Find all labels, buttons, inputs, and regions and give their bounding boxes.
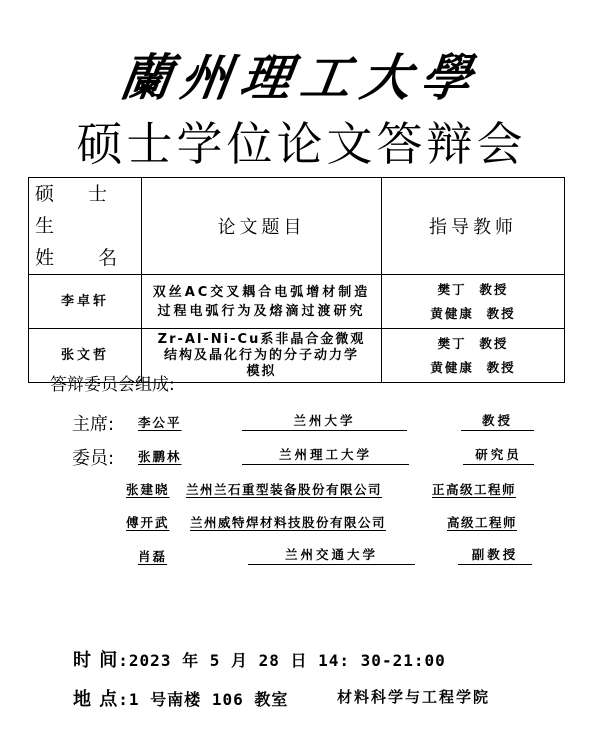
chair-title: 教授 — [461, 412, 534, 431]
place-label: 地 点 — [73, 689, 118, 710]
thesis-title: 双丝AC交叉耦合电弧增材制造 过程电弧行为及熔滴过渡研究 — [142, 275, 382, 329]
chair-label: 主席: — [72, 410, 114, 436]
header-supervisor: 指导教师 — [382, 178, 565, 275]
member-name: 傅开武 — [126, 513, 170, 531]
member-org: 兰州威特焊材料技股份有限公司 — [190, 513, 386, 531]
members-label: 委员: — [72, 444, 114, 470]
member-title: 高级工程师 — [447, 513, 517, 531]
university-logo: 蘭州理工大學 — [0, 38, 603, 110]
member-org: 兰州理工大学 — [242, 446, 409, 465]
place-value: :1 号南楼 106 教室 — [118, 690, 288, 709]
member-name: 张建晓 — [126, 480, 170, 498]
member-org: 兰州交通大学 — [248, 546, 415, 565]
student-name: 李卓轩 — [29, 275, 142, 329]
chair-org: 兰州大学 — [242, 412, 407, 431]
member-title: 副教授 — [458, 546, 532, 565]
supervisors: 樊丁 教授 黄健康 教授 — [382, 275, 565, 329]
member-name: 肖磊 — [138, 547, 167, 565]
time-label: 时 间 — [73, 650, 118, 671]
committee-heading: 答辩委员会组成: — [50, 370, 175, 395]
school-name: 材料科学与工程学院 — [337, 686, 490, 707]
member-title: 正高级工程师 — [432, 480, 516, 498]
page-title: 硕士学位论文答辩会 — [0, 108, 603, 174]
header-student: 硕 士 生 姓 名 — [29, 178, 142, 275]
thesis-title: Zr-Al-Ni-Cu系非晶合金微观 结构及晶化行为的分子动力学 模拟 — [142, 329, 382, 383]
header-thesis: 论文题目 — [142, 178, 382, 275]
supervisors: 樊丁 教授 黄健康 教授 — [382, 329, 565, 383]
member-title: 研究员 — [463, 446, 534, 465]
time-row: 时 间:2023 年 5 月 28 日 14: 30-21:00 — [73, 646, 446, 672]
time-value: :2023 年 5 月 28 日 14: 30-21:00 — [118, 651, 445, 670]
member-name: 张鹏林 — [138, 447, 182, 465]
member-org: 兰州兰石重型装备股份有限公司 — [186, 480, 382, 498]
defense-table: 硕 士 生 姓 名 论文题目 指导教师 李卓轩 双丝AC交叉耦合电弧增材制造 过… — [28, 177, 565, 383]
chair-name: 李公平 — [138, 413, 182, 431]
place-row: 地 点:1 号南楼 106 教室 — [73, 685, 288, 711]
table-row: 李卓轩 双丝AC交叉耦合电弧增材制造 过程电弧行为及熔滴过渡研究 樊丁 教授 黄… — [29, 275, 565, 329]
